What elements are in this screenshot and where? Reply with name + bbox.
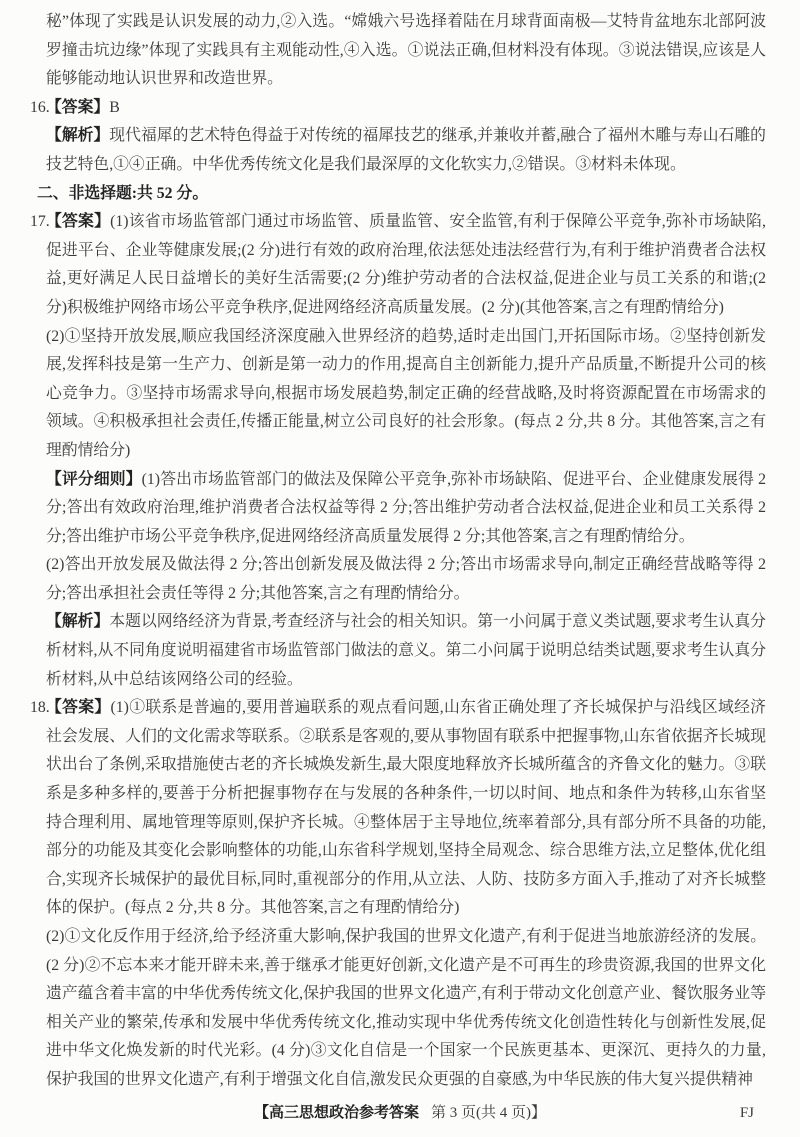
question-16: 16. 【答案】B 【解析】现代福犀的艺术特色得益于对传统的福犀技艺的继承,并兼… bbox=[30, 94, 766, 180]
footer-title: 【高三思想政治参考答案 bbox=[254, 1105, 419, 1121]
question-18-number: 18. bbox=[30, 694, 50, 723]
answer-label: 【答案】 bbox=[46, 213, 110, 230]
question-16-answer-line: 【答案】B bbox=[46, 94, 766, 123]
analysis-label: 【解析】 bbox=[46, 127, 109, 144]
question-17-analysis-text: 本题以网络经济为背景,考查经济与社会的相关知识。第一小问属于意义类试题,要求考生… bbox=[46, 613, 766, 687]
answer-label: 【答案】 bbox=[46, 99, 109, 116]
question-18-answer-part1: 【答案】(1)①联系是普遍的,要用普遍联系的观点看问题,山东省正确处理了齐长城保… bbox=[46, 694, 766, 923]
question-17-answer-part2: (2)①坚持开放发展,顺应我国经济深度融入世界经济的趋势,适时走出国门,开拓国际… bbox=[46, 323, 766, 466]
question-17-analysis: 【解析】本题以网络经济为背景,考查经济与社会的相关知识。第一小问属于意义类试题,… bbox=[46, 608, 766, 694]
question-17-answer-part1: 【答案】(1)该省市场监管部门通过市场监管、质量监管、安全监管,有利于保障公平竞… bbox=[46, 208, 766, 322]
analysis-label: 【解析】 bbox=[46, 613, 109, 630]
question-16-analysis-text: 现代福犀的艺术特色得益于对传统的福犀技艺的继承,并兼收并蓄,融合了福州木雕与寿山… bbox=[46, 127, 766, 173]
section-2-heading: 二、非选择题:共 52 分。 bbox=[30, 180, 766, 209]
question-16-analysis: 【解析】现代福犀的艺术特色得益于对传统的福犀技艺的继承,并兼收并蓄,融合了福州木… bbox=[46, 122, 766, 179]
footer-code: FJ bbox=[740, 1102, 754, 1124]
question-17-rubric-part1-text: (1)答出市场监管部门的做法及保障公平竞争,弥补市场缺陷、促进平台、企业健康发展… bbox=[46, 471, 766, 545]
rubric-label: 【评分细则】 bbox=[46, 471, 142, 488]
question-18-answer-part1-text: (1)①联系是普遍的,要用普遍联系的观点看问题,山东省正确处理了齐长城保护与沿线… bbox=[46, 699, 766, 916]
question-18-answer-part2: (2)①文化反作用于经济,给予经济重大影响,保护我国的世界文化遗产,有利于促进当… bbox=[46, 923, 766, 1095]
question-16-answer: B bbox=[109, 99, 120, 116]
page-footer: 【高三思想政治参考答案第 3 页(共 4 页)】 FJ bbox=[0, 1102, 800, 1124]
question-17-answer-part1-text: (1)该省市场监管部门通过市场监管、质量监管、安全监管,有利于保障公平竞争,弥补… bbox=[46, 213, 766, 316]
footer-caption: 【高三思想政治参考答案第 3 页(共 4 页)】 bbox=[0, 1102, 800, 1124]
answer-label: 【答案】 bbox=[46, 699, 110, 716]
footer-page-number: 第 3 页(共 4 页)】 bbox=[431, 1105, 546, 1121]
question-16-number: 16. bbox=[30, 94, 50, 123]
question-17-rubric-part1: 【评分细则】(1)答出市场监管部门的做法及保障公平竞争,弥补市场缺陷、促进平台、… bbox=[46, 466, 766, 552]
question-18: 18. 【答案】(1)①联系是普遍的,要用普遍联系的观点看问题,山东省正确处理了… bbox=[30, 694, 766, 1094]
question-17: 17. 【答案】(1)该省市场监管部门通过市场监管、质量监管、安全监管,有利于保… bbox=[30, 208, 766, 694]
exam-answer-page: 秘”体现了实践是认识发展的动力,②入选。“嫦娥六号选择着陆在月球背面南极—艾特肯… bbox=[30, 8, 766, 1095]
question-17-rubric-part2: (2)答出开放发展及做法得 2 分;答出创新发展及做法得 2 分;答出市场需求导… bbox=[46, 551, 766, 608]
intro-continuation-paragraph: 秘”体现了实践是认识发展的动力,②入选。“嫦娥六号选择着陆在月球背面南极—艾特肯… bbox=[30, 8, 766, 94]
question-17-number: 17. bbox=[30, 208, 50, 237]
